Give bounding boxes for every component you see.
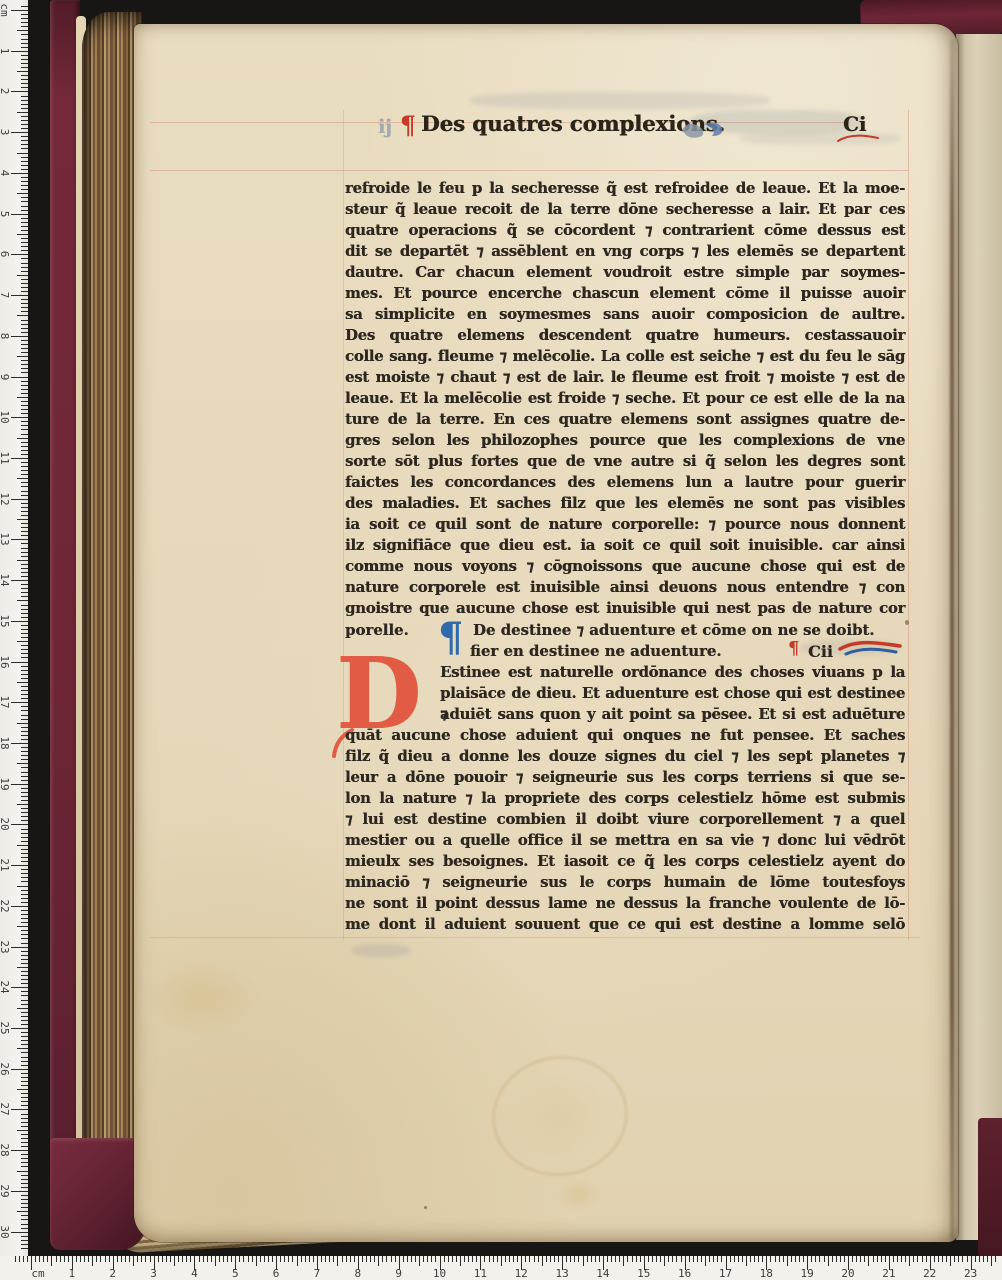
ruler-tick bbox=[717, 1256, 718, 1262]
ruler-tick bbox=[950, 1256, 951, 1266]
ruler-label: 4 bbox=[182, 1267, 206, 1280]
ruler-tick bbox=[11, 865, 28, 866]
ruler-tick bbox=[21, 694, 28, 695]
ruler-tick bbox=[162, 1256, 163, 1262]
ruler-tick bbox=[21, 776, 28, 777]
ruler-tick bbox=[182, 1256, 183, 1262]
ruler-tick bbox=[21, 613, 28, 614]
ruler-tick bbox=[476, 1256, 477, 1262]
ruler-tick bbox=[21, 381, 28, 382]
ruler-tick bbox=[47, 1256, 48, 1262]
ruler-tick bbox=[701, 1256, 702, 1262]
ruler-tick bbox=[21, 1061, 28, 1062]
ruler-tick bbox=[17, 1171, 28, 1172]
ruler-tick bbox=[21, 731, 28, 732]
ruler-tick bbox=[21, 429, 28, 430]
ruler-tick bbox=[709, 1256, 710, 1262]
ruler-tick bbox=[21, 291, 28, 292]
ruler-tick bbox=[256, 1256, 257, 1266]
ruler-tick bbox=[329, 1256, 330, 1262]
ruler-tick bbox=[21, 1187, 28, 1188]
ruler-label: cm bbox=[26, 1267, 50, 1280]
ruler-tick bbox=[21, 1024, 28, 1025]
rubric-paraph-icon: ¶ bbox=[438, 615, 463, 661]
ruler-tick bbox=[11, 51, 28, 52]
ruler-tick bbox=[88, 1256, 89, 1262]
ruler-tick bbox=[803, 1256, 804, 1262]
ruler-tick bbox=[11, 743, 28, 744]
ruler-tick bbox=[525, 1256, 526, 1262]
ruler-tick bbox=[975, 1256, 976, 1262]
ruler-tick bbox=[21, 59, 28, 60]
ruler-tick bbox=[21, 873, 28, 874]
ruler-label: 12 bbox=[0, 488, 11, 510]
ruler-tick bbox=[207, 1256, 208, 1262]
ruler-bottom: cm1234567891011121314151617181920212223 bbox=[0, 1256, 1002, 1280]
ruler-tick bbox=[17, 723, 28, 724]
ruler-label: 7 bbox=[305, 1267, 329, 1280]
ruler-tick bbox=[21, 1085, 28, 1086]
ruler-tick bbox=[248, 1256, 249, 1262]
ruler-tick bbox=[811, 1256, 812, 1262]
ruler-tick bbox=[21, 1093, 28, 1094]
ruler-label: 9 bbox=[0, 366, 11, 388]
ruler-tick bbox=[444, 1256, 445, 1262]
ruler-tick bbox=[17, 804, 28, 805]
ruler-tick bbox=[21, 751, 28, 752]
ruler-tick bbox=[746, 1256, 747, 1266]
ruler-label: 7 bbox=[0, 284, 11, 306]
ruler-tick bbox=[21, 263, 28, 264]
ruler-tick bbox=[109, 1256, 110, 1262]
ruler-tick bbox=[21, 572, 28, 573]
ruler-tick bbox=[391, 1256, 392, 1262]
ruler-label: 12 bbox=[509, 1267, 533, 1280]
heading-ornament-icon bbox=[678, 118, 726, 140]
ruler-tick bbox=[611, 1256, 612, 1262]
folio-underline-flourish bbox=[836, 131, 880, 143]
ruler-tick bbox=[21, 299, 28, 300]
ruler-tick bbox=[321, 1256, 322, 1262]
ruler-tick bbox=[166, 1256, 167, 1262]
ruler-tick bbox=[17, 1048, 28, 1049]
ruler-tick bbox=[11, 91, 28, 92]
ruler-tick bbox=[231, 1256, 232, 1262]
ruler-tick bbox=[21, 674, 28, 675]
ruler-tick bbox=[983, 1256, 984, 1262]
text-line: quatre operacions q̃ se cōcordent ⁊ cont… bbox=[345, 220, 905, 241]
ruler-tick bbox=[21, 1175, 28, 1176]
ruler-tick bbox=[21, 389, 28, 390]
ruler-tick bbox=[403, 1256, 404, 1262]
ruler-tick bbox=[21, 556, 28, 557]
ruler-label: 19 bbox=[795, 1267, 819, 1280]
ruler-tick bbox=[21, 1118, 28, 1119]
text-line: ne sont il point dessus lame ne dessus l… bbox=[345, 893, 905, 914]
ruler-tick bbox=[21, 592, 28, 593]
ruler-tick bbox=[21, 26, 28, 27]
ruler-tick bbox=[11, 377, 28, 378]
ruler-tick bbox=[199, 1256, 200, 1262]
ruler-tick bbox=[21, 144, 28, 145]
ruler-tick bbox=[21, 943, 28, 944]
ruler-tick bbox=[21, 328, 28, 329]
photo-stage: ij ¶ Des quatres complexions. Ci refroid… bbox=[0, 0, 1002, 1280]
ruler-tick bbox=[538, 1256, 539, 1262]
text-line: quāt aucune chose aduient qui onques ne … bbox=[345, 725, 905, 746]
ruler-tick bbox=[129, 1256, 130, 1262]
ruler-tick bbox=[60, 1256, 61, 1262]
ruler-tick bbox=[676, 1256, 677, 1262]
ruler-label: 14 bbox=[591, 1267, 615, 1280]
ruler-tick bbox=[783, 1256, 784, 1262]
ruler-tick bbox=[39, 1256, 40, 1262]
ruler-tick bbox=[21, 1183, 28, 1184]
ruler-tick bbox=[21, 1158, 28, 1159]
ruler-tick bbox=[366, 1256, 367, 1262]
ruler-tick bbox=[962, 1256, 963, 1262]
ruler-label: 10 bbox=[0, 406, 11, 428]
ruler-tick bbox=[897, 1256, 898, 1262]
ruler-tick bbox=[419, 1256, 420, 1266]
ruler-tick bbox=[190, 1256, 191, 1262]
ruler-tick bbox=[21, 303, 28, 304]
ruler-tick bbox=[877, 1256, 878, 1262]
ruler-label: 5 bbox=[223, 1267, 247, 1280]
ruler-tick bbox=[21, 1215, 28, 1216]
ruler-tick bbox=[21, 902, 28, 903]
ruler-tick bbox=[11, 10, 28, 11]
ruler-tick bbox=[21, 450, 28, 451]
ruler-tick bbox=[623, 1256, 624, 1266]
ruler-tick bbox=[652, 1256, 653, 1262]
ruler-tick bbox=[21, 1077, 28, 1078]
ruler-tick bbox=[21, 637, 28, 638]
ruler-tick bbox=[21, 206, 28, 207]
ruler-tick bbox=[354, 1256, 355, 1262]
text-line: ture de la terre. En ces quatre elemens … bbox=[345, 409, 905, 430]
ruler-tick bbox=[21, 120, 28, 121]
ruler-label: 25 bbox=[0, 1017, 11, 1039]
ruler-tick bbox=[17, 641, 28, 642]
ruler-tick bbox=[133, 1256, 134, 1266]
ruling-line bbox=[150, 937, 920, 938]
ruler-tick bbox=[705, 1256, 706, 1266]
ruler-tick bbox=[305, 1256, 306, 1262]
ruler-tick bbox=[938, 1256, 939, 1262]
ruler-tick bbox=[656, 1256, 657, 1262]
ruler-tick bbox=[21, 564, 28, 565]
ruler-tick bbox=[21, 918, 28, 919]
ruler-tick bbox=[21, 788, 28, 789]
heading-paraph-icon: ¶ bbox=[400, 111, 416, 140]
page-fore-edge-stack bbox=[82, 12, 142, 1236]
ruler-tick bbox=[901, 1256, 902, 1262]
ruler-tick bbox=[21, 434, 28, 435]
text-line: ia soit ce quil sont de nature corporell… bbox=[345, 514, 905, 535]
ruler-tick bbox=[758, 1256, 759, 1262]
ruler-tick bbox=[17, 112, 28, 113]
ruler-tick bbox=[272, 1256, 273, 1262]
ruler-tick bbox=[819, 1256, 820, 1262]
ruler-tick bbox=[468, 1256, 469, 1262]
ruler-tick bbox=[17, 1211, 28, 1212]
ruler-tick bbox=[21, 894, 28, 895]
ruler-tick bbox=[21, 271, 28, 272]
ruler-tick bbox=[309, 1256, 310, 1262]
ruler-tick bbox=[21, 470, 28, 471]
ruler-tick bbox=[578, 1256, 579, 1262]
ruler-tick bbox=[21, 1044, 28, 1045]
ruler-tick bbox=[35, 1256, 36, 1262]
ruler-label: 24 bbox=[0, 976, 11, 998]
ruler-tick bbox=[607, 1256, 608, 1262]
ruler-tick bbox=[472, 1256, 473, 1262]
ruler-tick bbox=[21, 1081, 28, 1082]
ruler-tick bbox=[17, 519, 28, 520]
ruler-tick bbox=[21, 898, 28, 899]
rubric-row-2: fier en destinee ne aduenture. bbox=[470, 641, 721, 662]
book-cover-bottom-right bbox=[978, 1118, 1002, 1260]
ruler-label: 18 bbox=[0, 732, 11, 754]
ruler-tick bbox=[158, 1256, 159, 1262]
ruler-tick bbox=[264, 1256, 265, 1262]
ruler-tick bbox=[21, 491, 28, 492]
ruler-tick bbox=[21, 104, 28, 105]
ruler-tick bbox=[21, 755, 28, 756]
ruler-tick bbox=[11, 580, 28, 581]
ruler-tick bbox=[325, 1256, 326, 1262]
ruler-tick bbox=[21, 955, 28, 956]
ruler-tick bbox=[11, 906, 28, 907]
ruler-tick bbox=[21, 1228, 28, 1229]
ruler-label: 17 bbox=[0, 691, 11, 713]
ruler-tick bbox=[542, 1256, 543, 1266]
ruler-tick bbox=[21, 1105, 28, 1106]
ruler-tick bbox=[648, 1256, 649, 1262]
ruler-tick bbox=[21, 706, 28, 707]
ruler-tick bbox=[21, 283, 28, 284]
ruler-label: 17 bbox=[714, 1267, 738, 1280]
ruler-tick bbox=[824, 1256, 825, 1262]
ruler-tick bbox=[11, 254, 28, 255]
ruler-tick bbox=[11, 702, 28, 703]
ruler-tick bbox=[423, 1256, 424, 1262]
ruler-tick bbox=[21, 352, 28, 353]
ruler-tick bbox=[105, 1256, 106, 1262]
ruler-tick bbox=[693, 1256, 694, 1262]
ruler-tick bbox=[21, 747, 28, 748]
ruler-tick bbox=[21, 645, 28, 646]
ruler-tick bbox=[21, 242, 28, 243]
ruler-tick bbox=[21, 837, 28, 838]
ruler-tick bbox=[852, 1256, 853, 1262]
ruler-tick bbox=[21, 401, 28, 402]
ruler-tick bbox=[11, 132, 28, 133]
ruler-tick bbox=[909, 1256, 910, 1266]
ruler-tick bbox=[21, 421, 28, 422]
ruler-tick bbox=[21, 63, 28, 64]
ruler-tick bbox=[493, 1256, 494, 1262]
ruler-tick bbox=[150, 1256, 151, 1262]
ruler-tick bbox=[21, 951, 28, 952]
ruler-tick bbox=[21, 83, 28, 84]
ruler-tick bbox=[21, 348, 28, 349]
ruler-tick bbox=[21, 1219, 28, 1220]
ruler-tick bbox=[223, 1256, 224, 1262]
ruler-tick bbox=[21, 1154, 28, 1155]
text-line: refroide le feu p la secheresse q̃ est r… bbox=[345, 178, 905, 199]
ruler-tick bbox=[21, 617, 28, 618]
ruler-tick bbox=[21, 975, 28, 976]
ruler-tick bbox=[619, 1256, 620, 1262]
ruler-label: 23 bbox=[959, 1267, 983, 1280]
ruler-label: 21 bbox=[877, 1267, 901, 1280]
ruler-label: 28 bbox=[0, 1139, 11, 1161]
ruler-tick bbox=[21, 857, 28, 858]
ruler-tick bbox=[313, 1256, 314, 1262]
ruler-tick bbox=[448, 1256, 449, 1262]
ruler-tick bbox=[730, 1256, 731, 1262]
ruler-tick bbox=[21, 311, 28, 312]
ruler-tick bbox=[21, 914, 28, 915]
ruler-tick bbox=[21, 1179, 28, 1180]
ruler-tick bbox=[21, 833, 28, 834]
ruler-tick bbox=[227, 1256, 228, 1262]
ruler-tick bbox=[11, 1109, 28, 1110]
ruler-tick bbox=[21, 22, 28, 23]
ruler-label: 15 bbox=[0, 610, 11, 632]
text-line: me dont il aduient souuent que ce qui es… bbox=[345, 914, 905, 935]
text-line: Des quatre elemens descendent quatre hum… bbox=[345, 325, 905, 346]
ruler-tick bbox=[21, 344, 28, 345]
ruler-tick bbox=[840, 1256, 841, 1262]
ruler-tick bbox=[21, 368, 28, 369]
ruler-tick bbox=[21, 552, 28, 553]
ruler-tick bbox=[787, 1256, 788, 1266]
ruler-tick bbox=[21, 1004, 28, 1005]
ruler-tick bbox=[21, 1146, 28, 1147]
ruler-tick bbox=[967, 1256, 968, 1262]
text-line: minaciō ⁊ seigneurie sus le corps humain… bbox=[345, 872, 905, 893]
ruling-line bbox=[908, 110, 909, 940]
ruler-tick bbox=[21, 332, 28, 333]
ruler-label: 21 bbox=[0, 854, 11, 876]
text-line: sorte sōt plus fortes que de vne autre s… bbox=[345, 451, 905, 472]
ruler-tick bbox=[21, 686, 28, 687]
ruler-tick bbox=[779, 1256, 780, 1262]
text-block-2: quāt aucune chose aduient qui onques ne … bbox=[345, 725, 905, 935]
ruler-tick bbox=[21, 698, 28, 699]
ruler-tick bbox=[21, 812, 28, 813]
ruler-tick bbox=[21, 991, 28, 992]
ruler-tick bbox=[21, 934, 28, 935]
ruler-tick bbox=[11, 824, 28, 825]
ruler-tick bbox=[21, 360, 28, 361]
ruler-tick bbox=[21, 772, 28, 773]
ruler-tick bbox=[856, 1256, 857, 1262]
ruler-tick bbox=[374, 1256, 375, 1262]
ruler-tick bbox=[21, 201, 28, 202]
ruler-tick bbox=[21, 605, 28, 606]
ruler-tick bbox=[583, 1256, 584, 1266]
text-line: steur q̃ leaue recoit de la terre dōne s… bbox=[345, 199, 905, 220]
ruler-tick bbox=[17, 926, 28, 927]
stain bbox=[556, 1178, 602, 1210]
ruler-tick bbox=[509, 1256, 510, 1262]
ruler-tick bbox=[51, 1256, 52, 1266]
ruler-tick bbox=[664, 1256, 665, 1266]
ruler-tick bbox=[21, 666, 28, 667]
text-line: mieulx ses besoignes. Et iasoit ce q̃ le… bbox=[345, 851, 905, 872]
ruler-label: 11 bbox=[0, 447, 11, 469]
book-cover-corner-bottom-left bbox=[50, 1138, 146, 1250]
ruler-tick bbox=[21, 678, 28, 679]
text-block-1: refroide le feu p la secheresse q̃ est r… bbox=[345, 178, 905, 619]
text-line: mestier ou a quelle office il se mettra … bbox=[345, 830, 905, 851]
ruler-tick bbox=[21, 808, 28, 809]
ruler-tick bbox=[21, 246, 28, 247]
chapter-number: Cii bbox=[808, 641, 833, 662]
text-line: faictes les concordances des elemens lun… bbox=[345, 472, 905, 493]
ruler-tick bbox=[21, 169, 28, 170]
ruler-tick bbox=[513, 1256, 514, 1262]
ruler-label: 20 bbox=[0, 813, 11, 835]
ruler-tick bbox=[15, 1256, 16, 1262]
ruler-tick bbox=[21, 739, 28, 740]
ruler-tick bbox=[632, 1256, 633, 1262]
text-line: est moiste ⁊ chaut ⁊ est de lair. le fle… bbox=[345, 367, 905, 388]
ruler-tick bbox=[21, 548, 28, 549]
ruler-tick bbox=[21, 1065, 28, 1066]
ruler-tick bbox=[615, 1256, 616, 1262]
ruler-label: 5 bbox=[0, 203, 11, 225]
ruler-tick bbox=[411, 1256, 412, 1262]
ruler-tick bbox=[21, 6, 28, 7]
ruler-tick bbox=[21, 140, 28, 141]
text-line: colle sang. fleume ⁊ melēcolie. La colle… bbox=[345, 346, 905, 367]
ruler-tick bbox=[21, 531, 28, 532]
ruler-tick bbox=[697, 1256, 698, 1262]
ruler-tick bbox=[570, 1256, 571, 1262]
ruler-tick bbox=[21, 719, 28, 720]
ruler-tick bbox=[799, 1256, 800, 1262]
ruler-tick bbox=[100, 1256, 101, 1262]
text-line: dit se departēt ⁊ assēblent en vng corps… bbox=[345, 241, 905, 262]
ruler-tick bbox=[21, 185, 28, 186]
ruler-tick bbox=[775, 1256, 776, 1262]
ruler-tick bbox=[121, 1256, 122, 1262]
ruler-tick bbox=[21, 413, 28, 414]
ruler-tick bbox=[934, 1256, 935, 1262]
ruler-tick bbox=[456, 1256, 457, 1262]
ruler-tick bbox=[415, 1256, 416, 1262]
ruler-tick bbox=[21, 442, 28, 443]
ruler-tick bbox=[21, 523, 28, 524]
ruler-tick bbox=[17, 1008, 28, 1009]
ruler-tick bbox=[435, 1256, 436, 1262]
ruler-label: 16 bbox=[673, 1267, 697, 1280]
ruler-tick bbox=[219, 1256, 220, 1262]
ruler-tick bbox=[21, 446, 28, 447]
ruler-tick bbox=[21, 588, 28, 589]
ruler-tick bbox=[11, 621, 28, 622]
ruler-tick bbox=[21, 881, 28, 882]
ruler-tick bbox=[505, 1256, 506, 1262]
ruler-label: 16 bbox=[0, 651, 11, 673]
ruler-label: 1 bbox=[60, 1267, 84, 1280]
ruler-tick bbox=[21, 625, 28, 626]
